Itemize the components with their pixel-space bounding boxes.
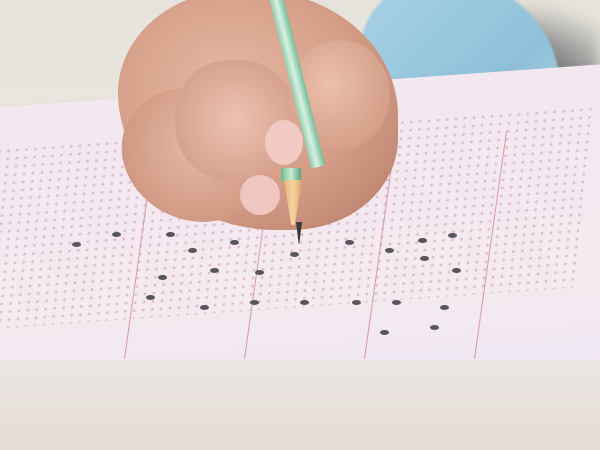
- filled-bubble: [200, 305, 209, 310]
- filled-bubble: [230, 240, 239, 245]
- filled-bubble: [440, 305, 449, 310]
- filled-bubble: [146, 295, 155, 300]
- filled-bubble: [452, 268, 461, 273]
- desk-surface: [0, 360, 600, 450]
- fingernail: [240, 175, 280, 215]
- filled-bubble: [188, 248, 197, 253]
- filled-bubble: [418, 238, 427, 243]
- filled-bubble: [166, 232, 175, 237]
- filled-bubble: [352, 300, 361, 305]
- filled-bubble: [345, 240, 354, 245]
- filled-bubble: [385, 248, 394, 253]
- filled-bubble: [210, 268, 219, 273]
- fingernail: [265, 120, 303, 165]
- filled-bubble: [158, 275, 167, 280]
- filled-bubble: [72, 242, 81, 247]
- filled-bubble: [255, 270, 264, 275]
- filled-bubble: [448, 233, 457, 238]
- filled-bubble: [380, 330, 389, 335]
- filled-bubble: [112, 232, 121, 237]
- filled-bubble: [420, 256, 429, 261]
- filled-bubble: [250, 300, 259, 305]
- pencil-band: [281, 168, 301, 182]
- photo-scene: [0, 0, 600, 450]
- filled-bubble: [392, 300, 401, 305]
- filled-bubble: [300, 300, 309, 305]
- filled-bubble: [290, 252, 299, 257]
- filled-bubble: [430, 325, 439, 330]
